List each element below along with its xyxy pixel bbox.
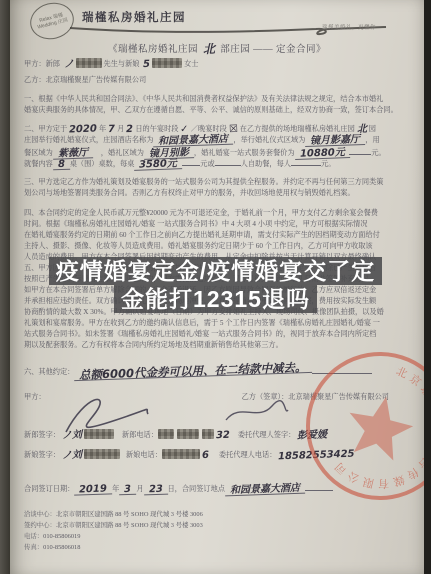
doc-line: 四、本合同约定的定金人民币贰万元整¥20000 元为不可退还定金，于婚礼前一个月… <box>24 208 416 219</box>
print-text: 园 <box>369 125 376 133</box>
doc-line: 甲方：新郎 ノ 先生与新娘 5 女士 <box>24 58 416 69</box>
handwritten-text: 32 <box>214 431 232 441</box>
redaction-mosaic <box>84 449 120 459</box>
print-text: 桌（围）桌数，每桌 <box>70 160 135 168</box>
handwritten-fill: 8 <box>53 160 70 171</box>
caption-line-1: 疫情婚宴定金/疫情婚宴交了定 <box>49 257 382 285</box>
handwritten-text: 2020 <box>67 124 99 134</box>
print-text: 元。 <box>321 160 335 168</box>
print-text: 礼策划和宴席服务。甲方在收到乙方的邀约确认信息后，需于 5 个工作日内签署《瑞槿… <box>24 319 380 327</box>
doc-line: 在婚礼婚宴服务约定的日期前 60 个工作日之前向乙方提出婚礼延期申请，需支付实际… <box>24 230 416 241</box>
print-text: 先生与新娘 <box>102 60 142 68</box>
doc-line: 餐区域为紫薇厅，婚礼区域为镜月别影，婚礼婚宴一站式服务套餐价为10880元元。 <box>24 146 416 157</box>
handwritten-fill: 10880元 <box>294 148 349 160</box>
doc-line: 站式服务合同书》。如未签署《瑞槿私房婚礼庄园婚礼/婚宴 一站式服务合同书》的，视… <box>24 329 416 340</box>
print-text: 签约中心：北京市朝阳区建国路 88 号 SOHO 现代城 3 号楼 3003 <box>24 522 203 529</box>
print-text: 时间。根据《瑞槿私房婚礼庄园婚礼/婚宴 一站式服务合同书》中 4 大项 4 小项… <box>24 220 367 228</box>
doc-line: 婚宴庆典服务的具体情况，甲、乙双方在遵循自愿、平等、公平、诚信的原则基础上，经双… <box>24 105 416 116</box>
print-text: 三、甲方选定乙方作为婚礼策划及婚宴服务的一站式服务公司为其提供全程服务。并约定不… <box>24 178 383 186</box>
handwritten-signature-agent <box>222 398 292 428</box>
title-prefix: 《瑞槿私房婚礼庄园 <box>108 45 201 55</box>
photo-screenshot: Relax 瑞槿 Wedding 庄园 瑞槿私房婚礼庄园 瑞槿美婚礼，更懂你 《… <box>0 0 431 574</box>
redaction-mosaic <box>162 449 200 459</box>
handwritten-fill: 23 <box>143 485 167 496</box>
handwritten-fill: 3 <box>119 485 136 496</box>
print-text: 合同签订日期： <box>24 485 74 493</box>
print-text: 餐区域为 <box>24 149 53 157</box>
print-text: 划公司与场地签署同类服务合同。否则乙方有权终止对甲方的服务，并收回场地使用权与销… <box>24 189 355 197</box>
doc-line: 礼策划和宴席服务。甲方在收到乙方的邀约确认信息后，需于 5 个工作日内签署《瑞槿… <box>24 318 416 329</box>
handwritten-fill: 3580元 <box>134 159 182 171</box>
doc-line: 庄园举行婚礼婚宴仪式，庄园酒店名称为和园景嘉大酒店，举行婚礼仪式区域为镜月影嘉厅… <box>24 135 416 146</box>
print-text: 乙方：北京瑞槿聚星广告传媒有限公司 <box>24 76 146 84</box>
print-text: 新娘电话： <box>126 451 162 459</box>
handwritten-text: ☒ <box>227 125 240 134</box>
print-text: 月 <box>136 485 143 493</box>
redaction-mosaic <box>152 58 182 68</box>
print-text: 传真：010-85806018 <box>24 544 80 551</box>
handwritten-text: 5 <box>141 60 152 69</box>
handwritten-fill: 总额6000代金券可以用、在二结款中减去。 <box>74 363 312 381</box>
print-text: 在婚礼婚宴服务约定的日期前 60 个工作日之前向乙方提出婚礼延期申请，需支付实际… <box>24 231 380 239</box>
seal-star-icon <box>342 390 418 463</box>
doc-line: 时间。根据《瑞槿私房婚礼庄园婚礼/婚宴 一站式服务合同书》中 4 大项 4 小项… <box>24 219 416 230</box>
print-text: 元。 <box>371 149 385 157</box>
blank-underline <box>349 146 371 155</box>
print-text: 四、本合同约定的定金人民币贰万元整¥20000 元为不可退还定金，于婚礼前一个月… <box>24 209 378 217</box>
print-text: 人自助餐，每人 <box>241 160 291 168</box>
doc-line: 签约中心：北京市朝阳区建国路 88 号 SOHO 现代城 3 号楼 3003 <box>24 520 416 531</box>
print-text: 电话：010-85806019 <box>24 533 80 540</box>
print-text: 二、甲方定于 <box>24 125 67 133</box>
redaction-mosaic <box>76 58 102 68</box>
print-text: ，婚礼区域为 <box>101 149 144 157</box>
handwritten-text: 7 <box>106 125 117 134</box>
doc-line: 电话：010-85806019 <box>24 531 416 542</box>
print-text: 一、根据《中华人民共和国合同法》、《中华人民共和国消费者权益保护法》及有关法律法… <box>24 95 383 103</box>
print-text: 期以及配套服务。乙方有权将本合同内所约定场地及档期重新销售给其他第三方。 <box>24 341 283 349</box>
print-text: 委托代理人签字： <box>238 431 296 439</box>
print-text: 庄园举行婚礼婚宴仪式，庄园酒店名称为 <box>24 136 153 144</box>
doc-line: 划公司与场地签署同类服务合同。否则乙方有权终止对甲方的服务，并收回场地使用权与销… <box>24 188 416 199</box>
redaction-mosaic <box>177 429 199 439</box>
doc-line: 主持人、摄影、摄像、化妆等人员造成费用。婚礼婚宴服务约定日期少于 60 个工作日… <box>24 241 416 252</box>
redaction-mosaic <box>158 429 174 439</box>
print-text: 主持人、摄影、摄像、化妆等人员造成费用。婚礼婚宴服务约定日期少于 60 个工作日… <box>24 242 373 250</box>
handwritten-text: 6 <box>200 451 211 460</box>
print-text: 日的午宴时段 <box>135 125 178 133</box>
print-text: 六、其他约定： <box>24 368 74 376</box>
print-text: 新娘签字： <box>24 451 60 459</box>
redaction-mosaic <box>202 429 214 439</box>
caption-overlay: 疫情婚宴定金/疫情婚宴交了定 金能打12315退吗 <box>0 257 431 313</box>
handwritten-signature-groom <box>52 388 152 440</box>
brand-tagline: 瑞槿美婚礼，更懂你 <box>322 23 376 31</box>
print-text: 委托代理人电话： <box>219 451 277 459</box>
print-text: 元或 <box>200 160 214 168</box>
title-handwritten-fill: 北 <box>201 45 218 55</box>
handwritten-fill: 紫薇厅 <box>53 148 93 159</box>
handwritten-text: ノ刘 <box>60 451 84 461</box>
contract-title: 《瑞槿私房婚礼庄园 北 部庄园 —— 定金合同》 <box>10 41 424 55</box>
handwritten-text: 2 <box>124 125 135 134</box>
caption-line-2: 金能打12315退吗 <box>114 285 317 313</box>
doc-line: 三、甲方选定乙方作为婚礼策划及婚宴服务的一站式服务公司为其提供全程服务。并约定不… <box>24 177 416 188</box>
handwritten-text: ✓ <box>178 125 191 134</box>
handwritten-fill: 镜月影嘉厅 <box>305 135 365 147</box>
print-text: 甲方：新郎 <box>24 60 62 68</box>
print-text: 在乙方提供的场地瑞槿私房婚礼庄园 <box>240 125 355 133</box>
print-text: ，举行婚礼仪式区域为 <box>233 136 305 144</box>
blank-underline <box>215 157 241 166</box>
title-suffix: 部庄园 —— 定金合同》 <box>217 45 326 55</box>
print-text: ／晚宴时段 <box>191 125 227 133</box>
handwritten-text: ノ <box>62 60 76 69</box>
print-text: ，婚礼婚宴一站式服务套餐价为 <box>194 149 295 157</box>
doc-line: 乙方：北京瑞槿聚星广告传媒有限公司 <box>24 75 416 86</box>
handwritten-text: 北 <box>355 125 369 134</box>
print-text: 日，合同签订地点 <box>167 485 225 493</box>
handwritten-fill: 2019 <box>74 484 112 495</box>
print-text: ，用 <box>365 136 379 144</box>
print-text: 洽谈中心：北京市朝阳区建国路 88 号 SOHO 现代城 3 号楼 3006 <box>24 511 203 518</box>
print-text: 甲方： <box>24 393 46 401</box>
doc-line: 洽谈中心：北京市朝阳区建国路 88 号 SOHO 现代城 3 号楼 3006 <box>24 509 416 520</box>
doc-line: 传真：010-85806018 <box>24 542 416 553</box>
print-text: 婚宴庆典服务的具体情况，甲、乙双方在遵循自愿、平等、公平、诚信的原则基础上，经双… <box>24 106 398 114</box>
print-text: 就餐内容 <box>24 160 53 168</box>
print-text: 女士 <box>182 60 198 68</box>
doc-line: 一、根据《中华人民共和国合同法》、《中华人民共和国消费者权益保护法》及有关法律法… <box>24 94 416 105</box>
